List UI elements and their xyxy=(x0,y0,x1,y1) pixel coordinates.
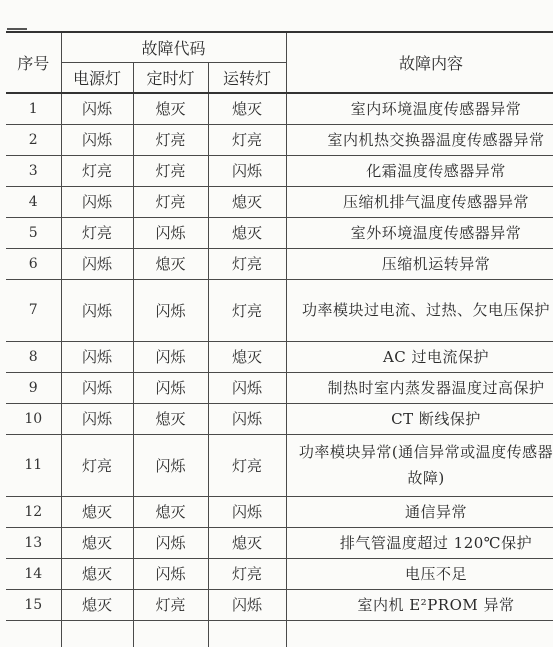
table-row: 8 闪烁 闪烁 熄灭 AC 过电流保护 xyxy=(6,341,553,372)
fault-description: CT 断线保护 xyxy=(286,403,553,434)
timer-light-state: 熄灭 xyxy=(133,93,208,124)
table-row: 13 熄灭 闪烁 熄灭 排气管温度超过 120℃保护 xyxy=(6,527,553,558)
power-light-state: 熄灭 xyxy=(61,496,133,527)
table-row: 3 灯亮 灯亮 闪烁 化霜温度传感器异常 xyxy=(6,155,553,186)
fault-description: 电压不足 xyxy=(286,558,553,589)
timer-light-state: 闪烁 xyxy=(133,372,208,403)
timer-light-state: 熄灭 xyxy=(133,403,208,434)
row-number: 5 xyxy=(6,217,61,248)
power-light-state xyxy=(61,620,133,647)
header-index: 序号 xyxy=(6,32,61,93)
row-number xyxy=(6,620,61,647)
run-light-state: 灯亮 xyxy=(208,279,286,341)
table-row: 12 熄灭 熄灭 闪烁 通信异常 xyxy=(6,496,553,527)
fault-description xyxy=(286,620,553,647)
header-run-light: 运转灯 xyxy=(208,62,286,93)
row-number: 7 xyxy=(6,279,61,341)
timer-light-state: 闪烁 xyxy=(133,527,208,558)
power-light-state: 闪烁 xyxy=(61,341,133,372)
fault-description: 室外环境温度传感器异常 xyxy=(286,217,553,248)
row-number: 2 xyxy=(6,124,61,155)
timer-light-state: 灯亮 xyxy=(133,186,208,217)
fault-description: 通信异常 xyxy=(286,496,553,527)
fault-description: 室内环境温度传感器异常 xyxy=(286,93,553,124)
timer-light-state: 灯亮 xyxy=(133,155,208,186)
timer-light-state: 灯亮 xyxy=(133,589,208,620)
row-number: 15 xyxy=(6,589,61,620)
power-light-state: 灯亮 xyxy=(61,217,133,248)
fault-description: 室内机热交换器温度传感器异常 xyxy=(286,124,553,155)
top-rule-mark xyxy=(7,28,27,30)
header-fault-content: 故障内容 xyxy=(286,32,553,93)
row-number: 10 xyxy=(6,403,61,434)
timer-light-state: 闪烁 xyxy=(133,217,208,248)
table-row: 2 闪烁 灯亮 灯亮 室内机热交换器温度传感器异常 xyxy=(6,124,553,155)
table-row: 11 灯亮 闪烁 灯亮 功率模块异常(通信异常或温度传感器故障) xyxy=(6,434,553,496)
table-row: 9 闪烁 闪烁 闪烁 制热时室内蒸发器温度过高保护 xyxy=(6,372,553,403)
fault-description: 压缩机排气温度传感器异常 xyxy=(286,186,553,217)
row-number: 1 xyxy=(6,93,61,124)
table-row: 4 闪烁 灯亮 熄灭 压缩机排气温度传感器异常 xyxy=(6,186,553,217)
fault-description: AC 过电流保护 xyxy=(286,341,553,372)
header-timer-light: 定时灯 xyxy=(133,62,208,93)
run-light-state: 闪烁 xyxy=(208,372,286,403)
run-light-state: 灯亮 xyxy=(208,558,286,589)
table-row: 14 熄灭 闪烁 灯亮 电压不足 xyxy=(6,558,553,589)
power-light-state: 熄灭 xyxy=(61,589,133,620)
fault-description: 制热时室内蒸发器温度过高保护 xyxy=(286,372,553,403)
fault-description: 化霜温度传感器异常 xyxy=(286,155,553,186)
table-row: 10 闪烁 熄灭 闪烁 CT 断线保护 xyxy=(6,403,553,434)
timer-light-state: 闪烁 xyxy=(133,279,208,341)
run-light-state: 灯亮 xyxy=(208,434,286,496)
power-light-state: 灯亮 xyxy=(61,434,133,496)
power-light-state: 熄灭 xyxy=(61,558,133,589)
table-row: 15 熄灭 灯亮 闪烁 室内机 E²PROM 异常 xyxy=(6,589,553,620)
row-number: 8 xyxy=(6,341,61,372)
power-light-state: 灯亮 xyxy=(61,155,133,186)
power-light-state: 闪烁 xyxy=(61,279,133,341)
run-light-state: 闪烁 xyxy=(208,403,286,434)
fault-description: 功率模块异常(通信异常或温度传感器故障) xyxy=(286,434,553,496)
table-row: 6 闪烁 熄灭 灯亮 压缩机运转异常 xyxy=(6,248,553,279)
run-light-state: 熄灭 xyxy=(208,186,286,217)
header-power-light: 电源灯 xyxy=(61,62,133,93)
run-light-state xyxy=(208,620,286,647)
table-row: 7 闪烁 闪烁 灯亮 功率模块过电流、过热、欠电压保护 xyxy=(6,279,553,341)
header-fault-code: 故障代码 xyxy=(61,32,286,62)
table-row: 1 闪烁 熄灭 熄灭 室内环境温度传感器异常 xyxy=(6,93,553,124)
run-light-state: 灯亮 xyxy=(208,124,286,155)
fault-description: 压缩机运转异常 xyxy=(286,248,553,279)
power-light-state: 闪烁 xyxy=(61,93,133,124)
run-light-state: 熄灭 xyxy=(208,527,286,558)
power-light-state: 闪烁 xyxy=(61,248,133,279)
timer-light-state xyxy=(133,620,208,647)
timer-light-state: 熄灭 xyxy=(133,248,208,279)
row-number: 13 xyxy=(6,527,61,558)
table-row: 5 灯亮 闪烁 熄灭 室外环境温度传感器异常 xyxy=(6,217,553,248)
run-light-state: 闪烁 xyxy=(208,496,286,527)
power-light-state: 闪烁 xyxy=(61,186,133,217)
power-light-state: 熄灭 xyxy=(61,527,133,558)
row-number: 6 xyxy=(6,248,61,279)
run-light-state: 灯亮 xyxy=(208,248,286,279)
row-number: 11 xyxy=(6,434,61,496)
row-number: 14 xyxy=(6,558,61,589)
timer-light-state: 熄灭 xyxy=(133,496,208,527)
run-light-state: 闪烁 xyxy=(208,589,286,620)
row-number: 12 xyxy=(6,496,61,527)
fault-description: 室内机 E²PROM 异常 xyxy=(286,589,553,620)
timer-light-state: 闪烁 xyxy=(133,558,208,589)
power-light-state: 闪烁 xyxy=(61,372,133,403)
power-light-state: 闪烁 xyxy=(61,124,133,155)
table-row-partial xyxy=(6,620,553,647)
run-light-state: 闪烁 xyxy=(208,155,286,186)
run-light-state: 熄灭 xyxy=(208,341,286,372)
run-light-state: 熄灭 xyxy=(208,217,286,248)
row-number: 4 xyxy=(6,186,61,217)
timer-light-state: 闪烁 xyxy=(133,434,208,496)
row-number: 9 xyxy=(6,372,61,403)
power-light-state: 闪烁 xyxy=(61,403,133,434)
timer-light-state: 闪烁 xyxy=(133,341,208,372)
row-number: 3 xyxy=(6,155,61,186)
fault-code-table: 序号 故障代码 故障内容 电源灯 定时灯 运转灯 1 闪烁 熄灭 熄灭 室内环境… xyxy=(6,31,553,647)
run-light-state: 熄灭 xyxy=(208,93,286,124)
fault-description: 排气管温度超过 120℃保护 xyxy=(286,527,553,558)
fault-description: 功率模块过电流、过热、欠电压保护 xyxy=(286,279,553,341)
timer-light-state: 灯亮 xyxy=(133,124,208,155)
